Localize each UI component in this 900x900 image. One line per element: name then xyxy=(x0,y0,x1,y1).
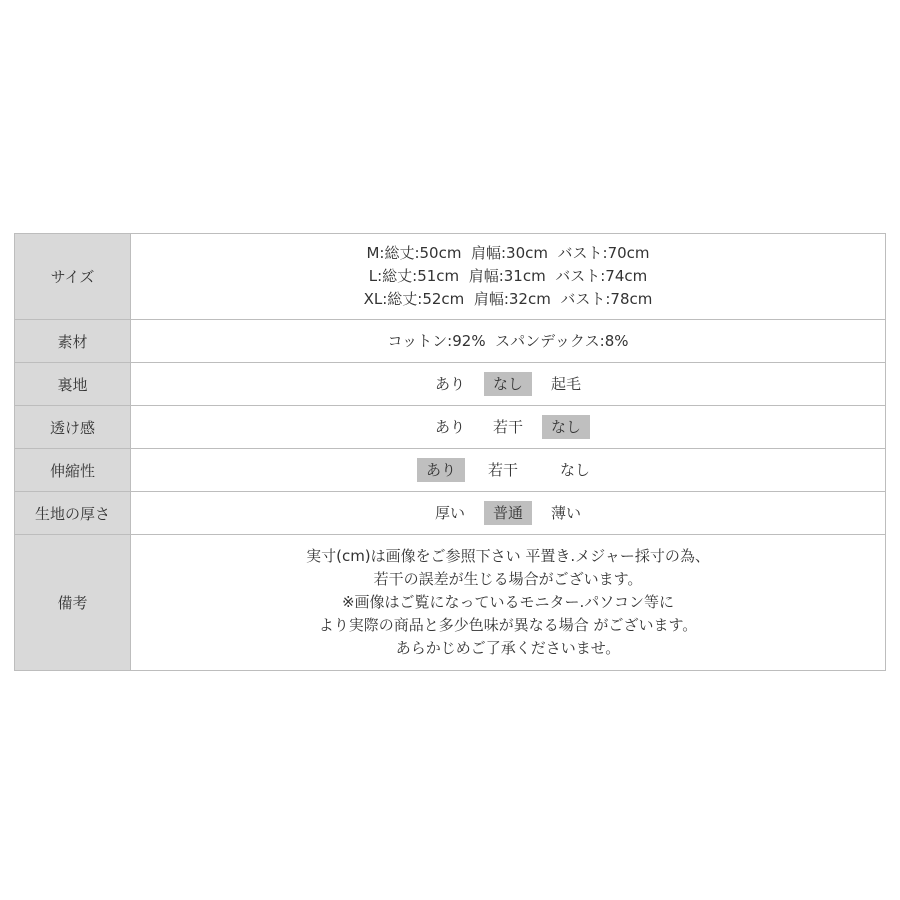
lining-options: あり なし 起毛 xyxy=(131,363,886,406)
stretch-options: あり 若干 なし xyxy=(131,449,886,492)
notes-line: ※画像はご覧になっているモニター.パソコン等に xyxy=(131,591,885,614)
option-thin: 薄い xyxy=(542,501,590,525)
spec-row-material: 素材 コットン:92% スパンデックス:8% xyxy=(15,320,886,363)
size-values: M:総丈:50cm 肩幅:30cm バスト:70cm L:総丈:51cm 肩幅:… xyxy=(131,234,886,320)
row-label: 生地の厚さ xyxy=(15,492,131,535)
option-sheer-none-selected: なし xyxy=(542,415,590,439)
spec-row-stretch: 伸縮性 あり 若干 なし xyxy=(15,449,886,492)
row-label: 透け感 xyxy=(15,406,131,449)
sheerness-options: あり 若干 なし xyxy=(131,406,886,449)
notes-line: 実寸(cm)は画像をご参照下さい 平置き.メジャー採寸の為、 xyxy=(131,545,885,568)
material-line: コットン:92% スパンデックス:8% xyxy=(131,330,885,353)
notes-line: 若干の誤差が生じる場合がございます。 xyxy=(131,568,885,591)
option-sheer-yes: あり xyxy=(426,415,474,439)
option-stretch-none: なし xyxy=(551,458,599,482)
spec-row-thickness: 生地の厚さ 厚い 普通 薄い xyxy=(15,492,886,535)
size-line-m: M:総丈:50cm 肩幅:30cm バスト:70cm xyxy=(131,242,885,265)
thickness-options: 厚い 普通 薄い xyxy=(131,492,886,535)
row-label: サイズ xyxy=(15,234,131,320)
option-lining-none-selected: なし xyxy=(484,372,532,396)
material-value: コットン:92% スパンデックス:8% xyxy=(131,320,886,363)
option-stretch-slight: 若干 xyxy=(479,458,527,482)
notes-text: 実寸(cm)は画像をご参照下さい 平置き.メジャー採寸の為、 若干の誤差が生じる… xyxy=(131,535,886,671)
product-spec-table: サイズ M:総丈:50cm 肩幅:30cm バスト:70cm L:総丈:51cm… xyxy=(14,233,886,671)
option-lining-yes: あり xyxy=(426,372,474,396)
row-label: 備考 xyxy=(15,535,131,671)
option-lining-brushed: 起毛 xyxy=(542,372,590,396)
row-label: 裏地 xyxy=(15,363,131,406)
spec-row-lining: 裏地 あり なし 起毛 xyxy=(15,363,886,406)
size-line-xl: XL:総丈:52cm 肩幅:32cm バスト:78cm xyxy=(131,288,885,311)
size-line-l: L:総丈:51cm 肩幅:31cm バスト:74cm xyxy=(131,265,885,288)
spec-row-notes: 備考 実寸(cm)は画像をご参照下さい 平置き.メジャー採寸の為、 若干の誤差が… xyxy=(15,535,886,671)
notes-line: あらかじめご了承くださいませ。 xyxy=(131,637,885,660)
spec-row-size: サイズ M:総丈:50cm 肩幅:30cm バスト:70cm L:総丈:51cm… xyxy=(15,234,886,320)
option-stretch-yes-selected: あり xyxy=(417,458,465,482)
row-label: 素材 xyxy=(15,320,131,363)
option-thick: 厚い xyxy=(426,501,474,525)
notes-line: より実際の商品と多少色味が異なる場合 がございます。 xyxy=(131,614,885,637)
row-label: 伸縮性 xyxy=(15,449,131,492)
option-sheer-slight: 若干 xyxy=(484,415,532,439)
spec-row-sheerness: 透け感 あり 若干 なし xyxy=(15,406,886,449)
option-normal-selected: 普通 xyxy=(484,501,532,525)
